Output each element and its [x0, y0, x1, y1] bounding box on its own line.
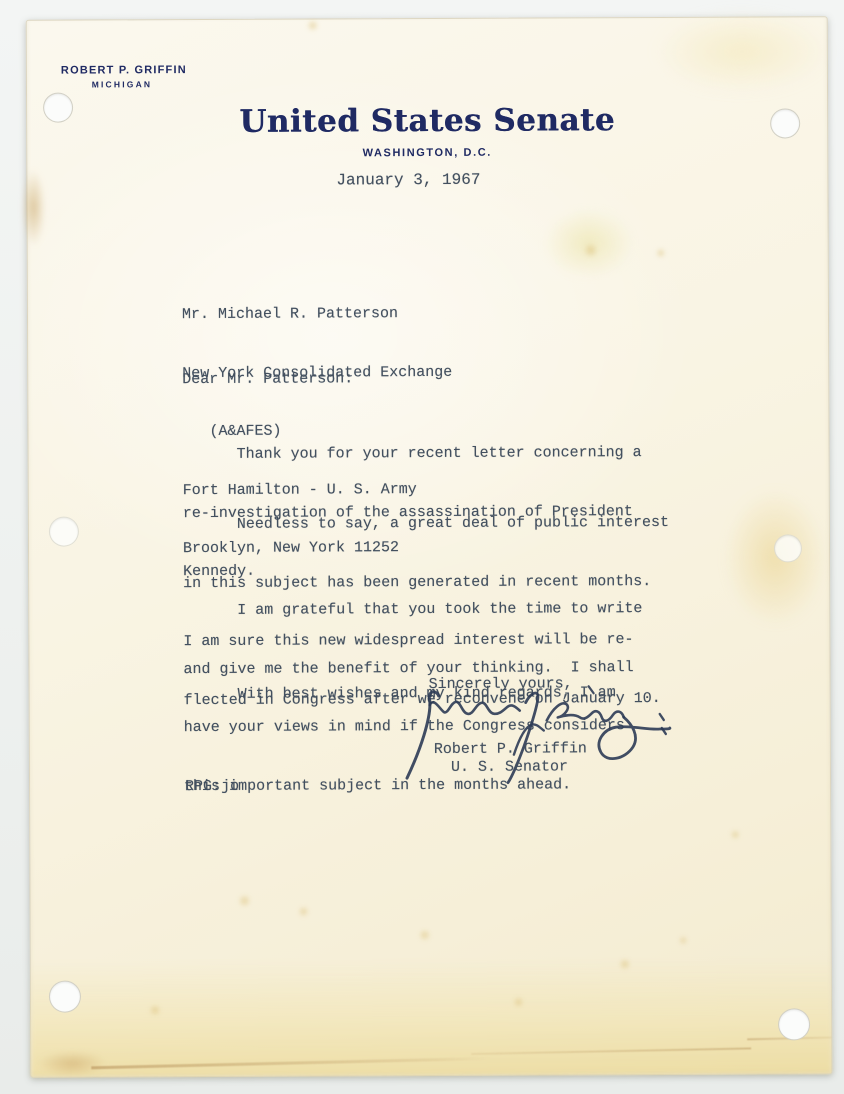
organization-name: United States Senate	[27, 101, 827, 140]
foxing-spot	[584, 242, 598, 258]
stain	[544, 208, 634, 278]
punch-hole	[49, 981, 81, 1013]
foxing-spot	[619, 958, 631, 970]
signature-typed-title: U. S. Senator	[451, 757, 568, 777]
body-line: I am grateful that you took the time to …	[183, 599, 713, 621]
foxing-spot	[299, 906, 309, 918]
punch-hole	[778, 1008, 810, 1040]
punch-hole	[49, 517, 79, 547]
organization-location: WASHINGTON, D.C.	[27, 145, 827, 160]
stain	[37, 1050, 107, 1076]
reference-initials: RPG:jo	[185, 777, 239, 797]
foxing-spot	[656, 248, 666, 258]
foxing-spot	[149, 1004, 161, 1016]
foxing-spot	[239, 894, 251, 908]
body-line: Thank you for your recent letter concern…	[183, 443, 713, 465]
salutation: Dear Mr. Patterson:	[182, 369, 353, 389]
body-line: Needless to say, a great deal of public …	[183, 513, 713, 535]
letterhead-center-block: United States Senate WASHINGTON, D.C.	[27, 101, 827, 160]
punch-hole	[774, 534, 802, 562]
stain	[21, 169, 45, 247]
recipient-line: Mr. Michael R. Patterson	[182, 304, 452, 325]
foxing-spot	[307, 19, 319, 31]
sender-name: ROBERT P. GRIFFIN	[61, 64, 183, 77]
stain	[657, 11, 827, 92]
stain	[31, 957, 831, 1076]
letter-page: ROBERT P. GRIFFIN MICHIGAN United States…	[26, 16, 833, 1077]
foxing-spot	[730, 830, 740, 840]
sender-state: MICHIGAN	[61, 79, 183, 90]
crease-line	[91, 1057, 491, 1069]
foxing-spot	[513, 997, 524, 1008]
crease-line	[471, 1047, 751, 1055]
stain	[723, 487, 828, 627]
letterhead-sender-block: ROBERT P. GRIFFIN MICHIGAN	[61, 64, 183, 90]
foxing-spot	[419, 929, 431, 941]
foxing-spot	[679, 936, 688, 945]
date-line: January 3, 1967	[336, 171, 480, 191]
